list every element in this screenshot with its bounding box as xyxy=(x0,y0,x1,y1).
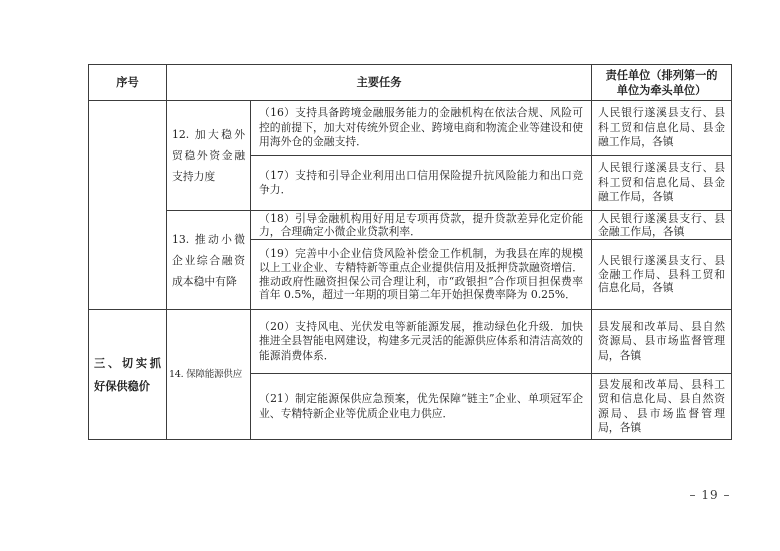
document-page: 序号 主要任务 责任单位（排列第一的单位为牵头单位） 12. 加大稳外贸稳外资金… xyxy=(0,0,780,551)
unit-17-text: 人民银行遂溪县支行、县科工贸和信息化局、县金融工作局，各镇 xyxy=(592,156,732,211)
group-label-14: 14. 保障能源供应 xyxy=(167,310,251,440)
header-serial-number: 序号 xyxy=(89,65,167,101)
page-number: – 19 – xyxy=(675,488,745,502)
table-row: 13. 推动小微企业综合融资成本稳中有降 （18）引导金融机构用好用足专项再贷款… xyxy=(89,211,732,240)
table-row: 三、切实抓好保供稳价 14. 保障能源供应 （20）支持风电、光伏发电等新能源发… xyxy=(89,310,732,374)
header-responsible-unit: 责任单位（排列第一的单位为牵头单位） xyxy=(592,65,732,101)
task-17-text: （17）支持和引导企业利用出口信用保险提升抗风险能力和出口竞争力． xyxy=(251,156,592,211)
unit-20-text: 县发展和改革局、县自然资源局、县市场监督管理局，各镇 xyxy=(592,310,732,374)
unit-21-text: 县发展和改革局、县科工贸和信息化局、县自然资源局、县市场监督管理局，各镇 xyxy=(592,374,732,440)
task-18-text: （18）引导金融机构用好用足专项再贷款，提升贷款差异化定价能力，合理确定小微企业… xyxy=(251,211,592,240)
group-label-13: 13. 推动小微企业综合融资成本稳中有降 xyxy=(167,211,251,310)
category-label-3: 三、切实抓好保供稳价 xyxy=(89,310,167,440)
table-header-row: 序号 主要任务 责任单位（排列第一的单位为牵头单位） xyxy=(89,65,732,101)
group-label-12: 12. 加大稳外贸稳外资金融支持力度 xyxy=(167,101,251,211)
unit-18-text: 人民银行遂溪县支行、县金融工作局，各镇 xyxy=(592,211,732,240)
task-19-text: （19）完善中小企业信贷风险补偿金工作机制，为我县在库的规模以上工业企业、专精特… xyxy=(251,240,592,310)
category-cell-empty xyxy=(89,101,167,310)
unit-16-text: 人民银行遂溪县支行、县科工贸和信息化局、县金融工作局，各镇 xyxy=(592,101,732,156)
task-20-text: （20）支持风电、光伏发电等新能源发展，推动绿色化升级．加快推进全县智能电网建设… xyxy=(251,310,592,374)
task-16-text: （16）支持具备跨境金融服务能力的金融机构在依法合规、风险可控的前提下，加大对传… xyxy=(251,101,592,156)
task-21-text: （21）制定能源保供应急预案，优先保障“链主”企业、单项冠军企业、专精特新企业等… xyxy=(251,374,592,440)
header-main-tasks: 主要任务 xyxy=(167,65,592,101)
task-assignment-table: 序号 主要任务 责任单位（排列第一的单位为牵头单位） 12. 加大稳外贸稳外资金… xyxy=(88,64,732,440)
table-row: 12. 加大稳外贸稳外资金融支持力度 （16）支持具备跨境金融服务能力的金融机构… xyxy=(89,101,732,156)
unit-19-text: 人民银行遂溪县支行、县金融工作局、县科工贸和信息化局，各镇 xyxy=(592,240,732,310)
